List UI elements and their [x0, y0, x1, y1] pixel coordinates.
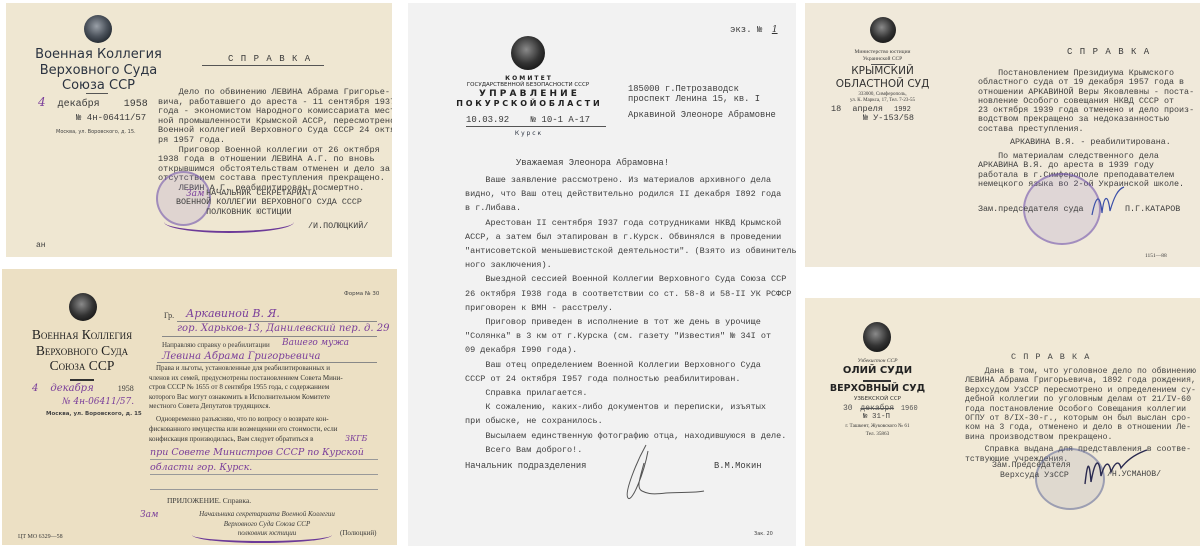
letter-body: Ваше заявление рассмотрено. Из материало… — [465, 173, 796, 457]
date-day: 4 — [38, 95, 46, 109]
ministry-name: Министерство юстиции Украинской ССР — [825, 49, 940, 62]
doc-number: № 4н-06411/57 — [76, 113, 146, 123]
org-header: КРЫМСКИЙ ОБЛАСТНОЙ СУД — [820, 65, 945, 90]
doc-title: С П Р А В К А — [1067, 47, 1150, 57]
org-line-2: Верховного Суда — [16, 63, 181, 79]
attachment-line: ПРИЛОЖЕНИЕ. Справка. — [167, 496, 251, 505]
kgb-kursk-letter-1992: экз. № 1 К О М И Т Е Т ГОСУДАРСТВЕННОЙ Б… — [408, 3, 796, 546]
org-line-3: У П Р А В Л Е Н И Е — [448, 89, 608, 99]
print-mark: Зак. 20 — [754, 531, 773, 537]
signer-name: П.Г.КАТАРОВ — [1125, 204, 1180, 214]
direct-handwritten: Вашего мужа — [282, 338, 349, 348]
org-line-1: Военная Коллегия — [16, 47, 181, 63]
rights-paragraph: Права и льготы, установленные для реабил… — [149, 364, 343, 412]
org-phone: Тел. 35863 — [820, 431, 935, 437]
recipient-address: гор. Харьков-13, Данилевский пер. д. 29 — [177, 323, 389, 334]
signature — [192, 527, 332, 543]
signer-name: /И.ПОЛЮЦКИЙ/ — [308, 221, 368, 231]
direct-text: Направляю справку о реабилитации — [162, 341, 270, 349]
org-header: К О М И Т Е Т ГОСУДАРСТВЕННОЙ БЕЗОПАСНОС… — [448, 75, 608, 108]
signer-title: Начальник подразделения — [465, 461, 586, 471]
issue-date: 4 декабря 1958 — [32, 383, 134, 395]
org-sub: УЗБЕКСКОЙ ССР — [820, 396, 935, 402]
direct-handwritten-name: Левина Абрама Григорьевича — [162, 351, 320, 362]
date-year: 1958 — [118, 384, 134, 393]
copy-label: экз. № — [730, 25, 762, 35]
uzbek-ssr-emblem-icon — [863, 322, 891, 352]
outgoing-date: 10.03.92 — [466, 115, 509, 125]
ussr-emblem-icon — [511, 36, 545, 70]
copy-value: 1 — [772, 25, 778, 35]
republic-name: Узбекистон ССР — [820, 358, 935, 364]
addressee: Аркавиной Элеоноре Абрамовне — [628, 110, 776, 120]
signer-title: Зам.Председателя Верхсуда УзССР — [992, 461, 1071, 480]
org-header: Военная Коллегия Верховного Суда Союза С… — [8, 327, 156, 374]
print-mark: 1151—88 — [1145, 253, 1167, 259]
date-year: 1960 — [901, 405, 918, 413]
org-name-uz: ОЛИЙ СУДИ — [820, 365, 935, 376]
property-handwritten-2: при Совете Министров СССР по Курской — [150, 447, 364, 458]
org-line-3: Союза ССР — [16, 78, 181, 94]
org-line-3: Союза ССР — [8, 358, 156, 374]
outgoing-date-number: 10.03.92 № 10-1 А-17 — [466, 115, 590, 125]
rehabilitation-statement: АРКАВИНА В.Я. - реабилитирована. — [1010, 137, 1171, 147]
uzbek-supreme-court-certificate: Узбекистон ССР ОЛИЙ СУДИ ВЕРХОВНЫЙ СУД У… — [805, 298, 1200, 546]
org-address: г. Ташкент, Жуковского № 61 — [820, 423, 935, 429]
signer-name: /Н.УСМАНОВ/ — [1107, 470, 1161, 480]
signer-title: Зам.председателя суда — [978, 204, 1084, 214]
ussr-emblem-icon — [69, 293, 97, 321]
org-line-2: ГОСУДАРСТВЕННОЙ БЕЗОПАСНОСТИ СССР — [448, 82, 608, 88]
signer-name: (Полюцкий) — [340, 529, 377, 537]
org-name-ru: ВЕРХОВНЫЙ СУД — [815, 383, 940, 394]
footer-mark: ан — [36, 241, 46, 251]
org-line-4: П О К У Р С К О Й О Б Л А С Т И — [448, 99, 608, 108]
doc-body: Постановлением Президиума Крымского обла… — [978, 69, 1194, 134]
org-address: 333000, Симферополь, ул. К. Маркса, 17, … — [825, 92, 940, 104]
doc-number: № 31-П — [863, 413, 890, 421]
signer-name: В.М.Мокин — [714, 461, 762, 471]
org-top: К О М И Т Е Т — [448, 75, 608, 82]
signature — [164, 211, 294, 233]
date-day: 18 — [831, 104, 841, 114]
issue-date: 30 декабря 1960 — [843, 404, 918, 413]
date-day: 30 — [843, 404, 853, 413]
org-header: Военная Коллегия Верховного Суда Союза С… — [16, 47, 181, 94]
date-month: декабря — [58, 99, 100, 110]
date-month: декабря — [860, 404, 894, 413]
date-month: декабря — [50, 383, 93, 394]
form-number: Форма № 30 — [344, 291, 379, 297]
doc-number: № У-153/58 — [863, 113, 914, 123]
issue-date: 4 декабря 1958 — [38, 95, 148, 110]
date-day: 4 — [32, 383, 38, 394]
signature — [1090, 185, 1130, 219]
rehabilitation-notice-form-30: Форма № 30 Военная Коллегия Верховного С… — [2, 269, 397, 545]
city: К у р с к — [508, 130, 548, 137]
org-address: Москва, ул. Воровского, д. 15 — [46, 411, 142, 417]
copy-number: экз. № 1 — [730, 25, 778, 35]
doc-title: С П Р А В К А — [1011, 352, 1090, 362]
signature — [616, 443, 706, 505]
ussr-emblem-icon — [84, 15, 112, 43]
property-handwritten-1: ЗКГБ — [345, 434, 367, 443]
date-year: 1958 — [124, 99, 148, 110]
org-line-1: Военная Коллегия — [8, 327, 156, 343]
ukrainian-ssr-emblem-icon — [870, 17, 896, 43]
org-address: Москва, ул. Воровского, д. 15. — [56, 129, 136, 135]
recipient-address: 185000 г.Петрозаводск проспект Ленина 15… — [628, 84, 760, 104]
doc-number: № 4н-06411/57. — [62, 397, 134, 407]
org-line-2: Верховного Суда — [8, 343, 156, 359]
property-handwritten-3: области гор. Курск. — [150, 462, 252, 473]
greeting: Уважаемая Элеонора Абрамовна! — [516, 158, 669, 168]
recipient-name: Аркавиной В. Я. — [186, 307, 280, 320]
recipient-label: Гр. — [164, 311, 174, 320]
outgoing-number: № 10-1 А-17 — [531, 115, 590, 125]
print-mark: ЦТ МО 6329—58 — [18, 534, 63, 540]
property-paragraph: Одновременно разъясняю, что по вопросу о… — [149, 414, 337, 444]
crimean-regional-court-certificate: Министерство юстиции Украинской ССР КРЫМ… — [805, 3, 1200, 267]
rehabilitation-certificate-military-collegium-1958: Военная Коллегия Верховного Суда Союза С… — [6, 3, 392, 257]
doc-title: С П Р А В К А — [228, 54, 311, 64]
handwritten-prefix: Зам — [140, 510, 158, 520]
